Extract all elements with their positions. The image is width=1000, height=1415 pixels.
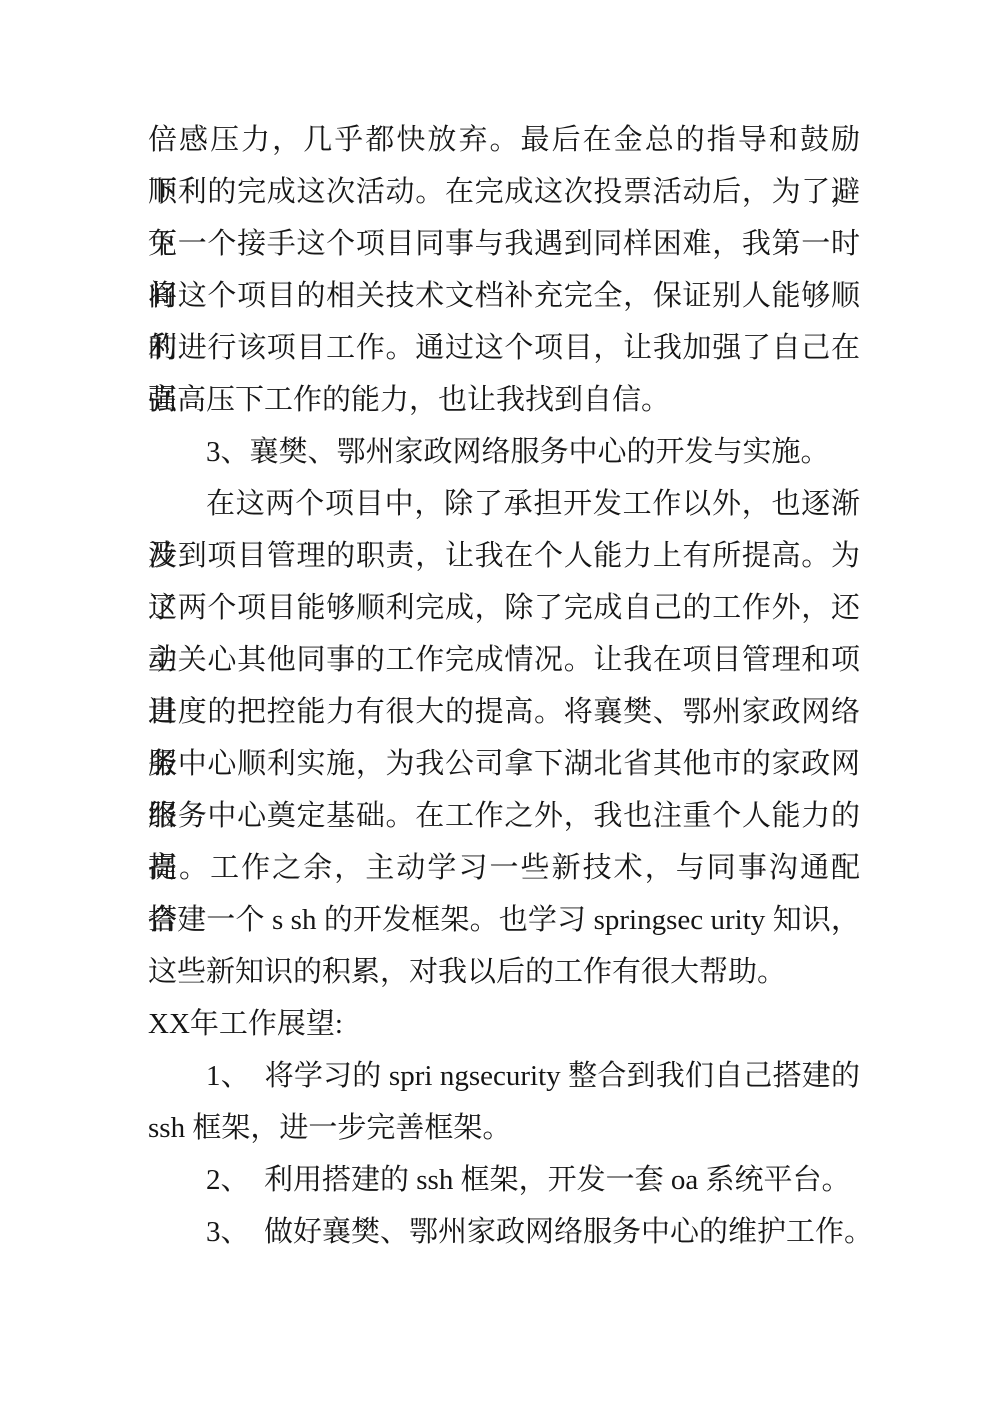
text-line: 下一个接手这个项目同事与我遇到同样困难，我第一时间 [148,218,860,270]
text-line: 这些新知识的积累，对我以后的工作有很大帮助。 [148,946,860,998]
text-line: XX年工作展望: [148,998,860,1050]
text-line: 服务中心奠定基础。在工作之外，我也注重个人能力的提 [148,790,860,842]
text-line: 1、 将学习的 spri ngsecurity 整合到我们自己搭建的 [148,1050,860,1102]
text-line: 顺利的完成这次活动。在完成这次投票活动后，为了避免 [148,166,860,218]
text-line: 在这两个项目中，除了承担开发工作以外，也逐渐涉 [148,478,860,530]
text-line: 进度的把控能力有很大的提高。将襄樊、鄂州家政网络服 [148,686,860,738]
text-line: ssh 框架，进一步完善框架。 [148,1102,860,1154]
text-line: 动关心其他同事的工作完成情况。让我在项目管理和项目 [148,634,860,686]
text-line: 高。工作之余，主动学习一些新技术，与同事沟通配合， [148,842,860,894]
text-line: 这两个项目能够顺利完成，除了完成自己的工作外，还主 [148,582,860,634]
text-line: 2、 利用搭建的 ssh 框架，开发一套 oa 系统平台。 [148,1154,860,1206]
text-line: 的进行该项目工作。通过这个项目，让我加强了自己在高 [148,322,860,374]
text-column: 倍感压力，几乎都快放弃。最后在金总的指导和鼓励下，顺利的完成这次活动。在完成这次… [148,114,860,1258]
document-page: 倍感压力，几乎都快放弃。最后在金总的指导和鼓励下，顺利的完成这次活动。在完成这次… [0,0,1000,1415]
text-line: 将这个项目的相关技术文档补充完全，保证别人能够顺利 [148,270,860,322]
text-line: 务中心顺利实施，为我公司拿下湖北省其他市的家政网络 [148,738,860,790]
text-line: 倍感压力，几乎都快放弃。最后在金总的指导和鼓励下， [148,114,860,166]
text-line: 强高压下工作的能力，也让我找到自信。 [148,374,860,426]
text-line: 搭建一个 s sh 的开发框架。也学习 springsec urity 知识， [148,894,860,946]
text-line: 3、 做好襄樊、鄂州家政网络服务中心的维护工作。 [148,1206,860,1258]
text-line: 3、襄樊、鄂州家政网络服务中心的开发与实施。 [148,426,860,478]
text-line: 及到项目管理的职责，让我在个人能力上有所提高。为了 [148,530,860,582]
